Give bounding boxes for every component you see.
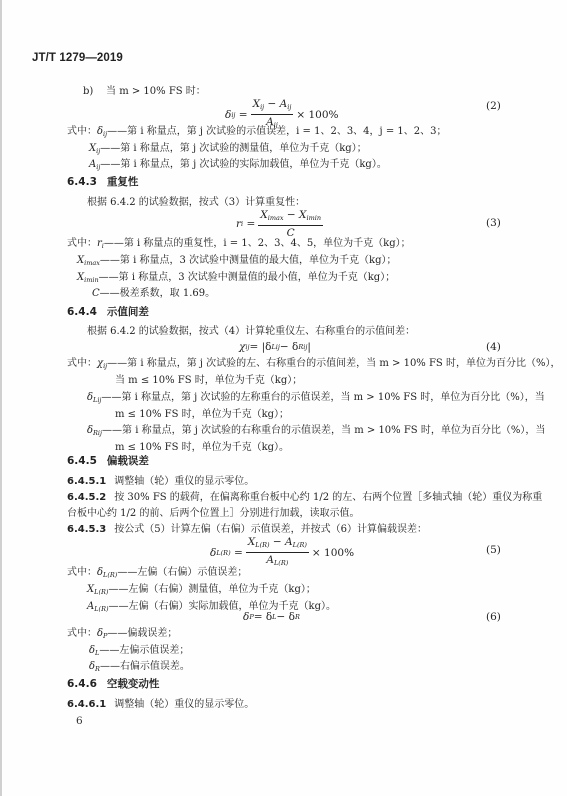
clause-6-4-5-2-cont: 台板中心约 1/2 的前、后两个位置上］分别进行加载，读取示值。 — [67, 507, 359, 520]
where-5-row-1: 式中：δL(R)——左偏（右偏）示值误差； — [67, 566, 247, 582]
where-4-row-2: δLij——第 i 称量点，第 j 次试验的左称重台的示值误差，当 m > 10… — [87, 391, 545, 407]
where-4-row-2-cont: m ≤ 10% FS 时，单位为千克（kg）； — [115, 408, 289, 421]
item-b: b) 当 m > 10% FS 时： — [83, 85, 206, 98]
document-page: JT/T 1279—2019 b) 当 m > 10% FS 时： δij = … — [3, 0, 567, 796]
formula-4: χij = |δLij − δRij| — [239, 341, 311, 353]
section-heading-6-4-3: 6.4.3重复性 — [67, 174, 138, 189]
where-4-row-1: 式中：χij——第 i 称量点，第 j 次试验的左、右称重台的示值间差，当 m … — [67, 357, 560, 373]
clause-6-4-6-1: 6.4.6.1调整轴（轮）重仪的显示零位。 — [67, 698, 254, 711]
where-4-row-3: δRij——第 i 称量点，第 j 次试验的右称重台的示值误差，当 m > 10… — [87, 424, 545, 440]
section-6-4-3-intro: 根据 6.4.2 的试验数据，按式（3）计算重复性： — [87, 196, 305, 209]
section-heading-6-4-6: 6.4.6空载变动性 — [67, 676, 159, 691]
where-6-row-3: δR——右偏示值误差。 — [89, 660, 190, 676]
clause-6-4-5-1: 6.4.5.1调整轴（轮）重仪的显示零位。 — [67, 475, 254, 488]
equation-number-6: (6) — [486, 611, 501, 623]
where-6-row-1: 式中：δP——偏载误差； — [67, 627, 177, 643]
where-3-row-2: Ximax——第 i 称量点，3 次试验中测量值的最大值，单位为千克（kg）； — [77, 254, 396, 270]
item-b-condition: 当 m > 10% FS 时： — [106, 86, 206, 97]
formula-6: δP = δL − δR — [243, 611, 300, 623]
section-heading-6-4-4: 6.4.4示值间差 — [67, 304, 149, 319]
where-5-row-2: XL(R)——左偏（右偏）测量值，单位为千克（kg）； — [87, 583, 316, 599]
where-2-row-3: Aij——第 i 称量点，第 j 次试验的实际加载值，单位为千克（kg）。 — [89, 158, 387, 174]
formula-5: δL(R) = XL(R) − AL(R) AL(R) × 100% — [210, 536, 354, 569]
equation-number-5: (5) — [486, 544, 501, 556]
page-edge — [0, 0, 2, 796]
clause-6-4-5-3: 6.4.5.3按公式（5）计算左偏（右偏）示值误差，并按式（6）计算偏载误差： — [67, 523, 427, 536]
standard-code: JT/T 1279—2019 — [32, 52, 123, 64]
where-3-row-4: C——极差系数，取 1.69。 — [92, 287, 215, 300]
where-4-row-1-cont: 当 m ≤ 10% FS 时，单位为千克（kg）； — [115, 374, 302, 387]
where-2-row-1: 式中：δij——第 i 称量点，第 j 次试验的示值误差，i = 1、2、3、4… — [67, 125, 446, 141]
formula-3-fraction: Ximax − Ximin C — [258, 209, 323, 239]
where-3-row-1: 式中：ri——第 i 称量点的重复性，i = 1、2、3、4、5，单位为千克（k… — [67, 237, 411, 253]
where-6-row-2: δL——左偏示值误差； — [89, 644, 189, 660]
formula-2-multiplier: × 100% — [296, 109, 338, 121]
section-heading-6-4-5: 6.4.5偏载误差 — [67, 453, 149, 468]
item-b-label: b) — [83, 86, 93, 97]
equation-number-3: (3) — [486, 217, 501, 229]
formula-5-fraction: XL(R) − AL(R) AL(R) — [246, 536, 309, 569]
page-number: 6 — [76, 715, 83, 727]
clause-6-4-5-2: 6.4.5.2按 30% FS 的载荷，在偏离称重台板中心约 1/2 的左、右两… — [67, 491, 542, 504]
where-2-row-2: Xij——第 i 称量点，第 j 次试验的测量值，单位为千克（kg）； — [89, 142, 367, 158]
equation-number-4: (4) — [486, 341, 501, 353]
where-3-row-3: Ximin——第 i 称量点，3 次试验中测量值的最小值，单位为千克（kg）； — [77, 271, 395, 287]
section-6-4-4-intro: 根据 6.4.2 的试验数据，按式（4）计算轮重仪左、右称重台的示值间差： — [87, 325, 415, 338]
equation-number-2: (2) — [486, 100, 501, 112]
formula-3: ri = Ximax − Ximin C — [236, 209, 326, 239]
